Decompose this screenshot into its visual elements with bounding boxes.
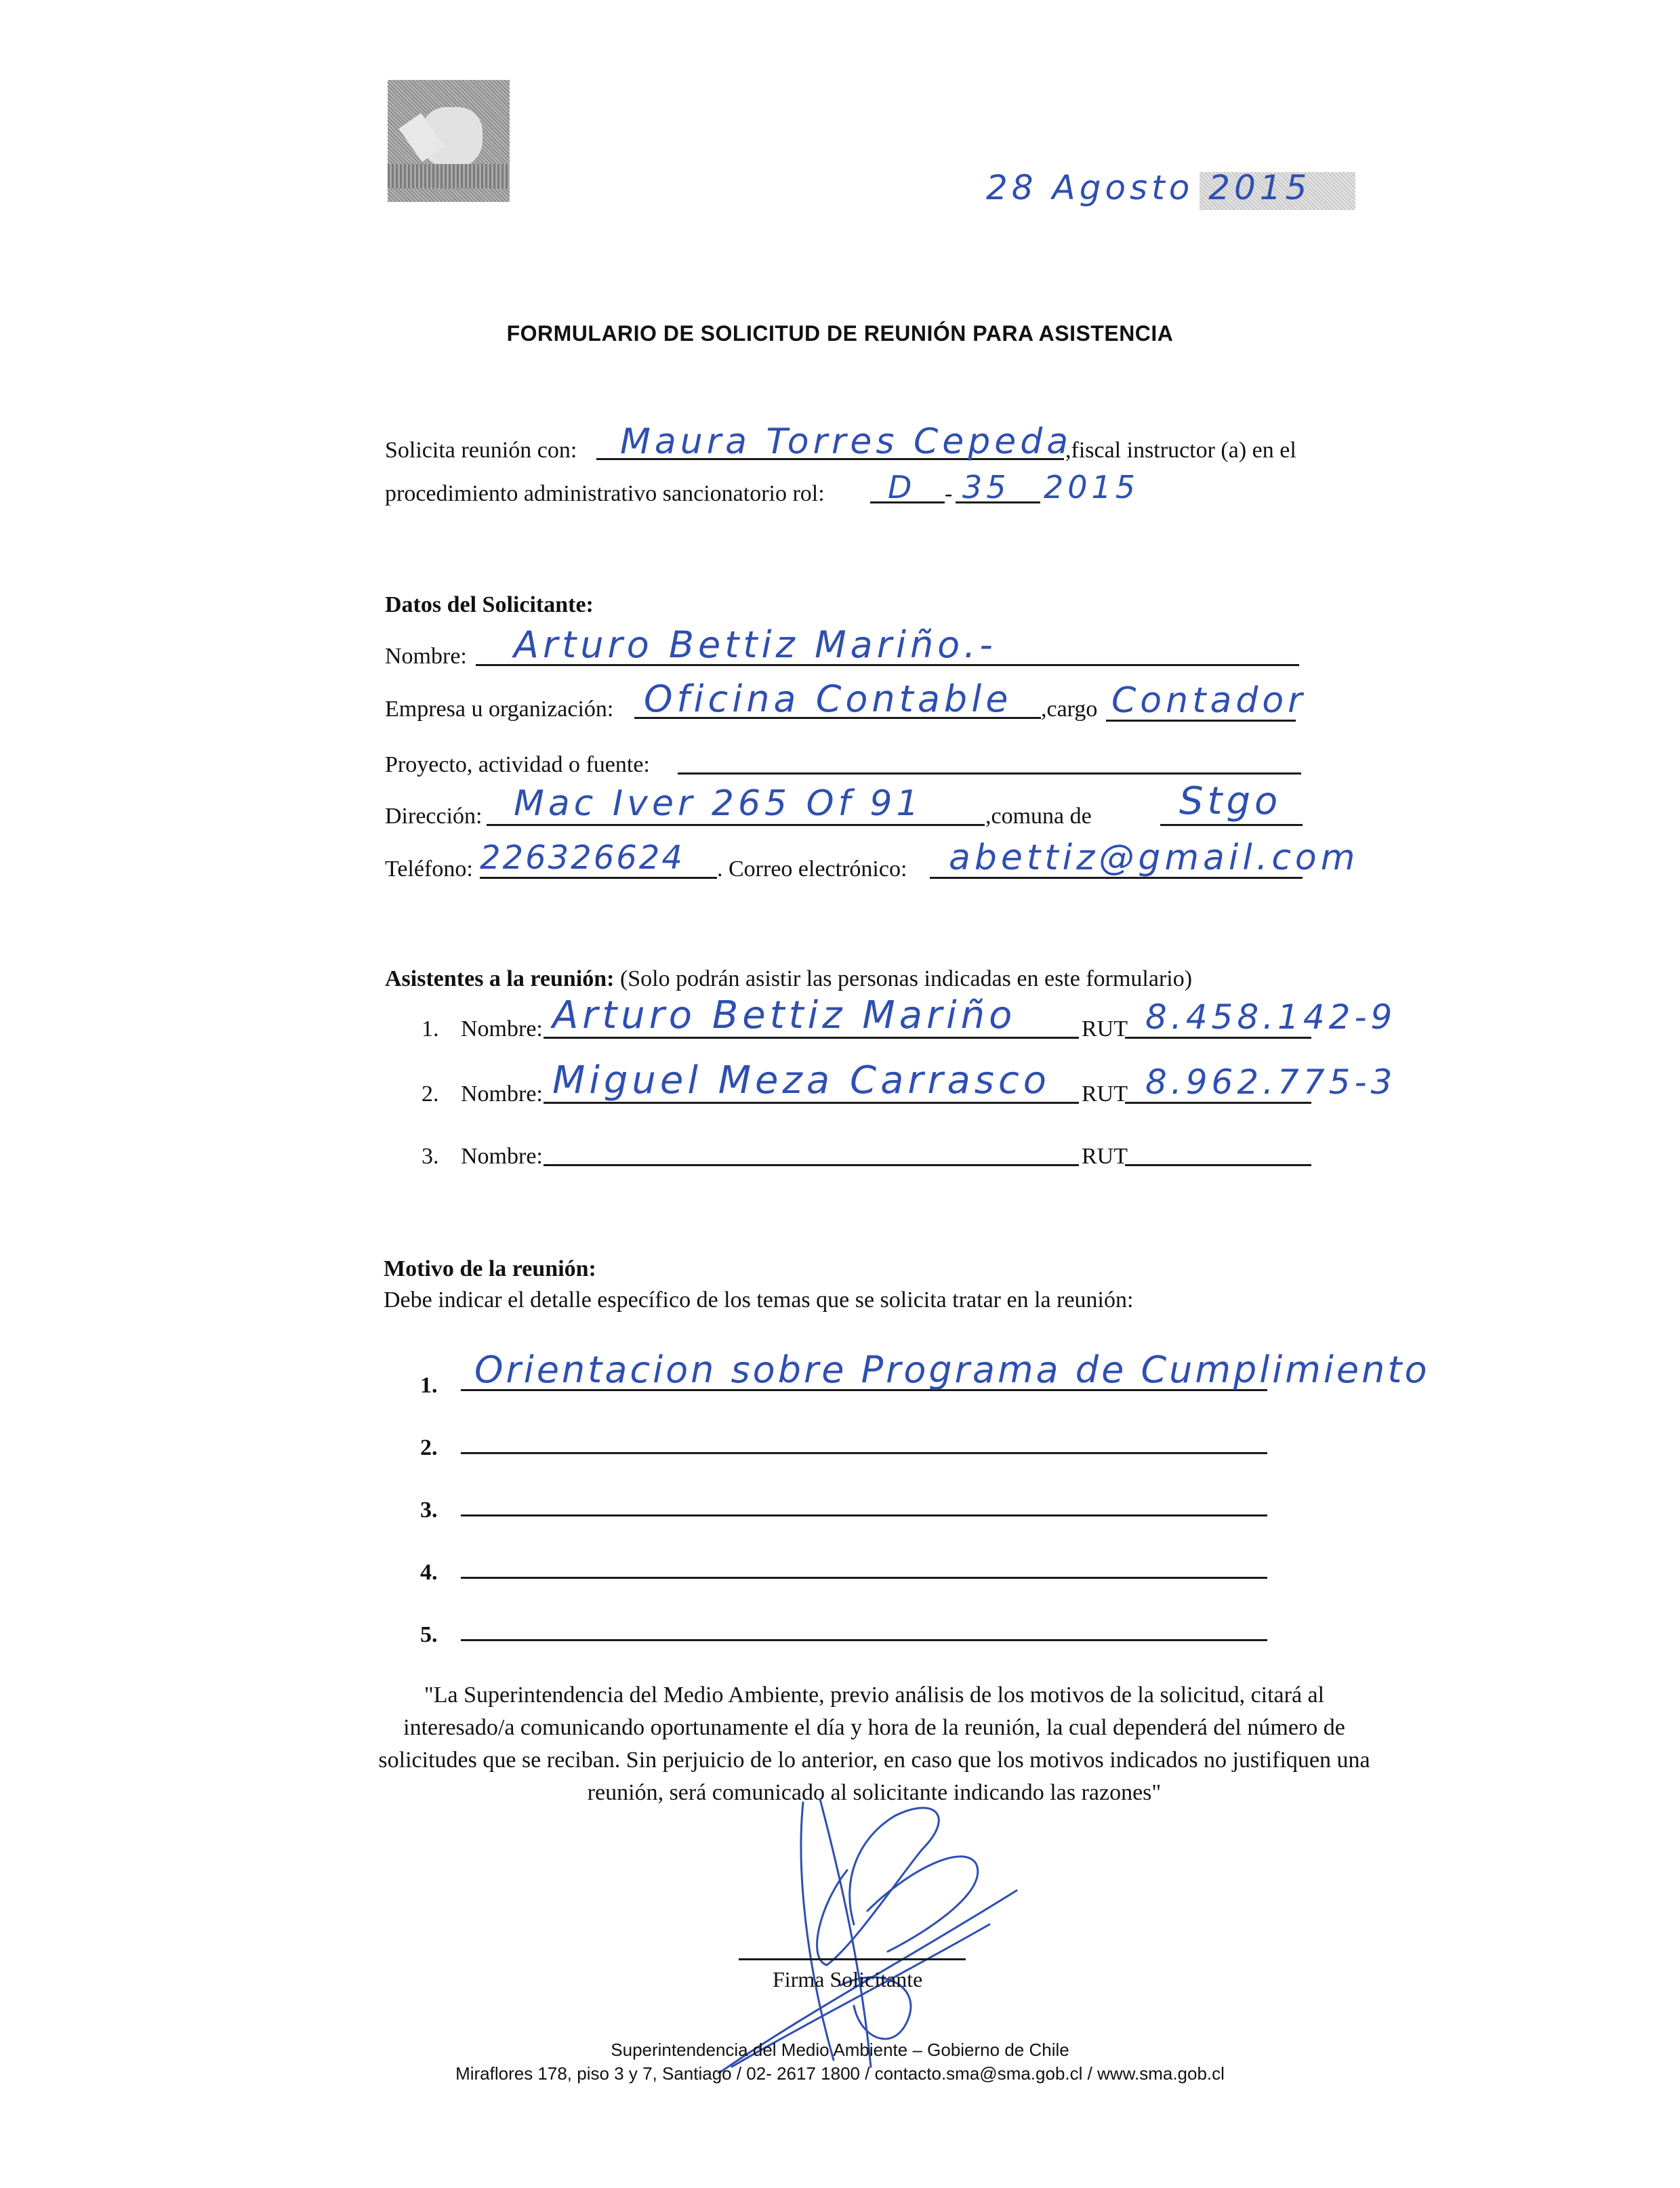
comuna-field[interactable]: Stgo xyxy=(1179,779,1282,823)
asistente-3-nombre-line xyxy=(544,1164,1079,1166)
asistentes-note: (Solo podrán asistir las personas indica… xyxy=(620,966,1192,991)
asistente-3-rut-line xyxy=(1125,1164,1311,1166)
asistente-2-num: 2. xyxy=(422,1083,439,1106)
correo-label: . Correo electrónico: xyxy=(717,858,907,881)
footer-organization: Superintendencia del Medio Ambiente – Go… xyxy=(0,2040,1680,2061)
nombre-label: Nombre: xyxy=(385,645,467,668)
solicita-label: Solicita reunión con: xyxy=(385,439,577,462)
rol-part2-field[interactable]: 35 xyxy=(962,469,1010,505)
rol-year-field[interactable]: 2015 xyxy=(1044,469,1139,505)
correo-field[interactable]: abettiz@gmail.com xyxy=(949,838,1359,878)
cargo-field[interactable]: Contador xyxy=(1111,680,1307,721)
asistente-1-num: 1. xyxy=(422,1018,439,1041)
telefono-field[interactable]: 226326624 xyxy=(480,839,684,877)
telefono-label: Teléfono: xyxy=(385,858,473,881)
rol-part1-field[interactable]: D xyxy=(888,469,916,505)
motivo-4-line xyxy=(461,1577,1267,1579)
motivo-1-field[interactable]: Orientacion sobre Programa de Cumplimien… xyxy=(474,1348,1430,1391)
direccion-label: Dirección: xyxy=(385,805,483,828)
procedimiento-label: procedimiento administrativo sancionator… xyxy=(385,482,825,505)
asistentes-heading: Asistentes a la reunión: xyxy=(385,966,614,991)
footer-contact: Miraflores 178, piso 3 y 7, Santiago / 0… xyxy=(0,2063,1680,2084)
comuna-label: ,comuna de xyxy=(985,805,1092,828)
asistente-2-rut-field[interactable]: 8.962.775-3 xyxy=(1145,1062,1396,1102)
asistente-3-rut-label: RUT xyxy=(1082,1145,1128,1168)
signature-label: Firma Solicitante xyxy=(773,1968,922,1990)
gobierno-de-chile-logo xyxy=(388,80,510,202)
proyecto-line xyxy=(678,772,1301,775)
motivo-3-num: 3. xyxy=(420,1499,438,1522)
comuna-line xyxy=(1160,824,1303,826)
asistente-1-nombre-field[interactable]: Arturo Bettiz Mariño xyxy=(552,993,1016,1037)
asistentes-header: Asistentes a la reunión: (Solo podrán as… xyxy=(385,968,1192,991)
asistente-1-rut-label: RUT xyxy=(1082,1018,1128,1041)
handwritten-date: 28 Agosto 2015 xyxy=(986,168,1311,207)
motivo-2-line xyxy=(461,1452,1267,1454)
motivo-1-num: 1. xyxy=(420,1374,438,1397)
nombre-field[interactable]: Arturo Bettiz Mariño.- xyxy=(514,623,997,666)
asistente-2-nombre-label: Nombre: xyxy=(461,1083,543,1106)
cargo-label: ,cargo xyxy=(1041,698,1097,721)
motivo-heading: Motivo de la reunión: xyxy=(384,1258,596,1281)
asistente-3-nombre-label: Nombre: xyxy=(461,1145,543,1168)
form-title: FORMULARIO DE SOLICITUD DE REUNIÓN PARA … xyxy=(0,321,1680,346)
motivo-5-line xyxy=(461,1639,1267,1641)
solicitante-heading: Datos del Solicitante: xyxy=(385,594,594,617)
asistente-2-rut-line xyxy=(1125,1102,1311,1104)
signature-line xyxy=(739,1958,966,1960)
logo-band xyxy=(388,164,510,188)
motivo-instruction: Debe indicar el detalle específico de lo… xyxy=(384,1289,1133,1312)
motivo-3-line xyxy=(461,1514,1267,1516)
asistente-2-rut-label: RUT xyxy=(1082,1083,1128,1106)
rol-sep-1: - xyxy=(945,482,952,505)
asistente-1-nombre-label: Nombre: xyxy=(461,1018,543,1041)
proyecto-label: Proyecto, actividad o fuente: xyxy=(385,754,650,777)
direccion-field[interactable]: Mac Iver 265 Of 91 xyxy=(514,783,923,824)
direccion-line xyxy=(487,824,985,826)
fiscal-label: ,fiscal instructor (a) en el xyxy=(1065,439,1296,462)
motivo-4-num: 4. xyxy=(420,1561,438,1584)
signature-scribble xyxy=(637,1789,1071,2073)
solicita-field[interactable]: Maura Torres Cepeda xyxy=(620,421,1072,462)
asistente-3-num: 3. xyxy=(422,1145,439,1168)
telefono-line xyxy=(480,877,717,879)
empresa-field[interactable]: Oficina Contable xyxy=(644,678,1012,720)
motivo-2-num: 2. xyxy=(420,1437,438,1460)
asistente-1-rut-line xyxy=(1125,1037,1311,1039)
empresa-label: Empresa u organización: xyxy=(385,698,613,721)
motivo-5-num: 5. xyxy=(420,1624,438,1647)
asistente-1-rut-field[interactable]: 8.458.142-9 xyxy=(1145,997,1396,1037)
asistente-2-nombre-field[interactable]: Miguel Meza Carrasco xyxy=(552,1058,1050,1102)
